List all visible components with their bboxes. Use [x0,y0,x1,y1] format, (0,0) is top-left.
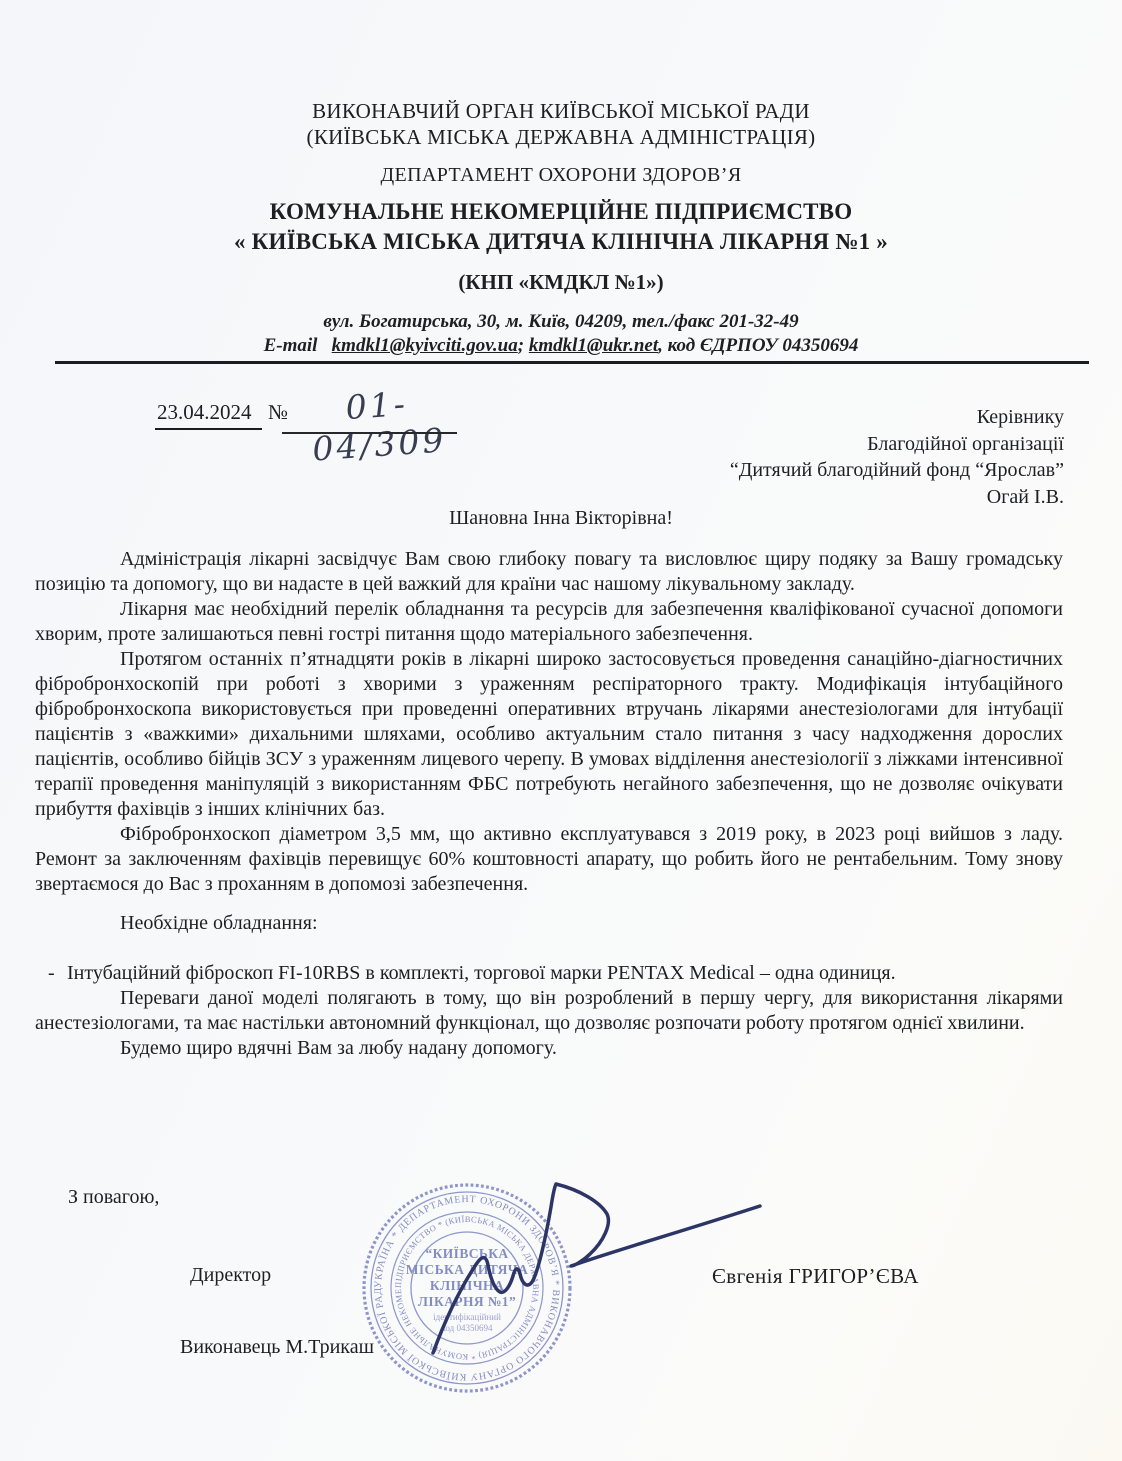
header-divider-rule [55,361,1089,364]
paragraph-model-advantages: Переваги даної моделі полягають в тому, … [35,986,1063,1036]
recipient-block: Керівнику Благодійної організації “Дитяч… [730,404,1064,510]
list-dash-marker: - [48,961,55,986]
email-link-2[interactable]: kmdkl1@ukr.net [529,335,658,356]
address-line: вул. Богатирська, 30, м. Київ, 04209, те… [0,310,1122,334]
number-sign: № [268,400,288,425]
email-separator: ; [518,335,529,356]
paragraph-thanks: Будемо щиро вдячні Вам за любу надану до… [35,1036,1063,1061]
equipment-list-item: - Інтубаційний фіброскоп FI-10RBS в комп… [35,961,1063,986]
salutation: Шановна Інна Вікторівна! [0,507,1122,530]
paragraph-bronchoscopy-history: Протягом останніх п’ятнадцяти років в лі… [35,647,1063,822]
email-link-1[interactable]: kmdkl1@kyivciti.gov.ua [332,335,518,356]
contact-line: E-mail kmdkl1@kyivciti.gov.ua; kmdkl1@uk… [0,334,1122,358]
ref-number-underline [282,432,457,434]
signature-stroke [433,1184,760,1353]
letter-body: Адміністрація лікарні засвідчує Вам свою… [35,547,1063,1061]
closing-regards: З повагою, [68,1186,159,1209]
scanned-letter-page: ВИКОНАВЧИЙ ОРГАН КИЇВСЬКОЇ МІСЬКОЇ РАДИ … [0,0,1122,1461]
recipient-line-2: Благодійної організації [730,431,1064,458]
company-name-line1: КОМУНАЛЬНЕ НЕКОМЕРЦІЙНЕ ПІДПРИЄМСТВО [0,197,1122,227]
department-name: ДЕПАРТАМЕНТ ОХОРОНИ ЗДОРОВ’Я [0,163,1122,188]
paragraph-gratitude: Адміністрація лікарні засвідчує Вам свою… [35,547,1063,597]
email-label: E-mail [264,335,318,356]
paragraph-hospital-needs: Лікарня має необхідний перелік обладнанн… [35,597,1063,647]
paragraph-device-failure: Фібробронхоскоп діаметром 3,5 мм, що акт… [35,822,1063,897]
company-name-line2: « КИЇВСЬКА МІСЬКА ДИТЯЧА КЛІНІЧНА ЛІКАРН… [0,227,1122,257]
edrpou-code: , код ЄДРПОУ 04350694 [658,335,858,356]
executor-line: Виконавець М.Трикаш [180,1336,374,1359]
company-short-name: (КНП «КМДКЛ №1») [0,269,1122,295]
letter-date: 23.04.2024 [155,400,262,430]
equipment-heading: Необхідне обладнання: [35,911,1063,936]
letterhead: ВИКОНАВЧИЙ ОРГАН КИЇВСЬКОЇ МІСЬКОЇ РАДИ … [0,98,1122,358]
signer-position: Директор [190,1264,271,1287]
handwritten-ref-number: 01-04/309 [285,380,470,470]
org-name-line2: (КИЇВСЬКА МІСЬКА ДЕРЖАВНА АДМІНІСТРАЦІЯ) [0,124,1122,150]
handwritten-signature [400,1165,790,1375]
recipient-line-3: “Дитячий благодійний фонд “Ярослав” [730,457,1064,484]
recipient-line-1: Керівнику [730,404,1064,431]
equipment-item-text: Інтубаційний фіброскоп FI-10RBS в компле… [67,962,896,984]
org-name-line1: ВИКОНАВЧИЙ ОРГАН КИЇВСЬКОЇ МІСЬКОЇ РАДИ [0,98,1122,124]
